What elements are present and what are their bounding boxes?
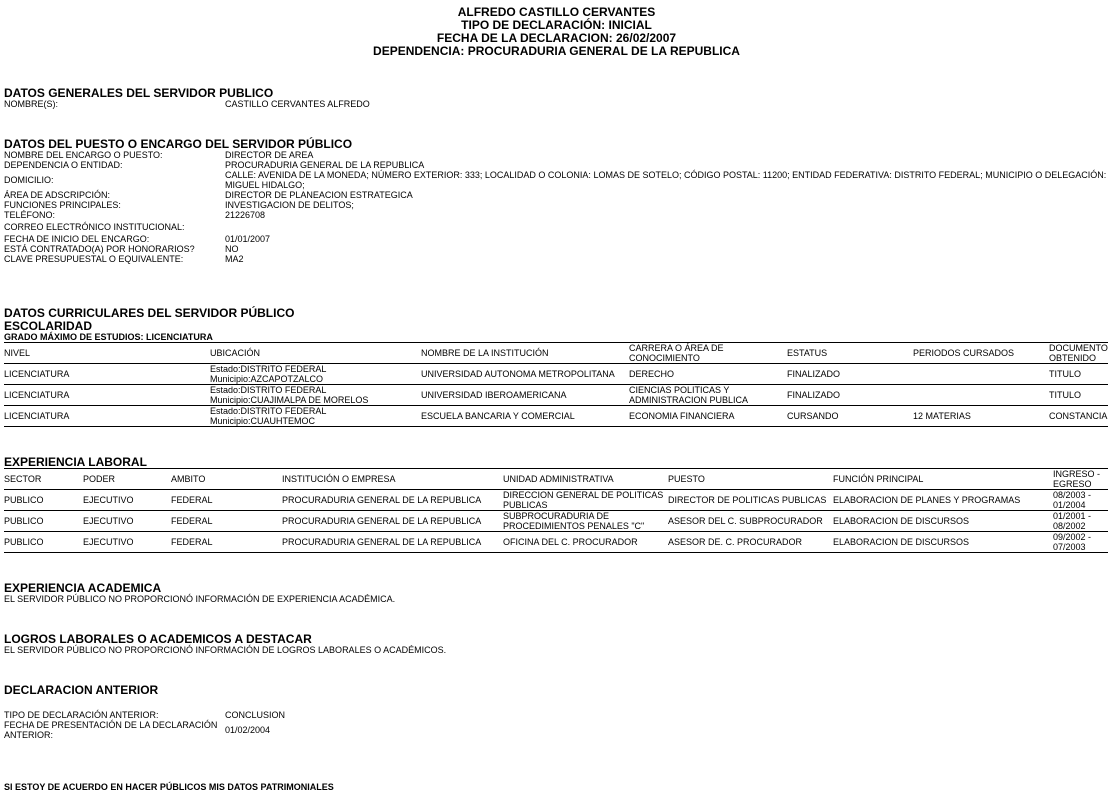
field-row: DEPENDENCIA O ENTIDAD: PROCURADURIA GENE… <box>4 160 1109 170</box>
field-row: ÁREA DE ADSCRIPCIÓN: DIRECTOR DE PLANEAC… <box>4 190 1109 200</box>
cell-ubicacion: Estado:DISTRITO FEDERAL Municipio:CUAUHT… <box>210 406 421 427</box>
cell-institucion: PROCURADURIA GENERAL DE LA REPUBLICA <box>282 532 503 553</box>
grado-maximo-estudios: GRADO MÁXIMO DE ESTUDIOS: LICENCIATURA <box>4 332 213 342</box>
cell-periodo: 08/2003 - 01/2004 <box>1053 490 1108 511</box>
field-label: FUNCIONES PRINCIPALES: <box>4 200 225 210</box>
cell-ubicacion: Estado:DISTRITO FEDERAL Municipio:CUAJIM… <box>210 385 421 406</box>
field-value: CASTILLO CERVANTES ALFREDO <box>225 99 1109 109</box>
cell-documento: CONSTANCIA <box>1049 406 1108 427</box>
column-header: NIVEL <box>4 343 210 364</box>
cell-funcion: ELABORACION DE PLANES Y PROGRAMAS <box>833 490 1053 511</box>
column-header: PUESTO <box>668 469 833 490</box>
column-header: ESTATUS <box>787 343 913 364</box>
section-title-logros: LOGROS LABORALES O ACADEMICOS A DESTACAR <box>4 633 312 645</box>
field-value: PROCURADURIA GENERAL DE LA REPUBLICA <box>225 160 1109 170</box>
table-row: LICENCIATURA Estado:DISTRITO FEDERAL Mun… <box>4 385 1108 406</box>
field-row: TELÉFONO: 21226708 <box>4 210 1109 220</box>
field-value: INVESTIGACION DE DELITOS; <box>225 200 1109 210</box>
ubicacion-municipio: Municipio:AZCAPOTZALCO <box>210 374 421 384</box>
cell-periodos <box>913 385 1049 406</box>
cell-unidad: DIRECCION GENERAL DE POLITICAS PUBLICAS <box>503 490 668 511</box>
field-label: CORREO ELECTRÓNICO INSTITUCIONAL: <box>4 222 225 232</box>
cell-estatus: CURSANDO <box>787 406 913 427</box>
field-label: FECHA DE INICIO DEL ENCARGO: <box>4 234 225 244</box>
cell-ambito: FEDERAL <box>171 490 282 511</box>
section-title-datos-puesto: DATOS DEL PUESTO O ENCARGO DEL SERVIDOR … <box>4 138 352 150</box>
declaracion-anterior-fields: TIPO DE DECLARACIÓN ANTERIOR: CONCLUSION… <box>4 710 1109 740</box>
cell-ambito: FEDERAL <box>171 511 282 532</box>
cell-periodos <box>913 364 1049 385</box>
field-label: ÁREA DE ADSCRIPCIÓN: <box>4 190 225 200</box>
section-title-escolaridad: ESCOLARIDAD <box>4 320 92 332</box>
field-label: TELÉFONO: <box>4 210 225 220</box>
document-header: ALFREDO CASTILLO CERVANTES TIPO DE DECLA… <box>0 6 1113 58</box>
public-data-consent: SI ESTOY DE ACUERDO EN HACER PÚBLICOS MI… <box>4 782 334 792</box>
field-value: DIRECTOR DE PLANEACION ESTRATEGICA <box>225 190 1109 200</box>
cell-periodos: 12 MATERIAS <box>913 406 1049 427</box>
ubicacion-estado: Estado:DISTRITO FEDERAL <box>210 364 421 374</box>
section-title-experiencia-laboral: EXPERIENCIA LABORAL <box>4 456 147 468</box>
experiencia-academica-text: EL SERVIDOR PÚBLICO NO PROPORCIONÓ INFOR… <box>4 594 395 604</box>
field-row: DOMICILIO: CALLE: AVENIDA DE LA MONEDA; … <box>4 170 1109 190</box>
field-label: NOMBRE DEL ENCARGO O PUESTO: <box>4 150 225 160</box>
field-value: 01/01/2007 <box>225 234 1109 244</box>
datos-puesto-fields: NOMBRE DEL ENCARGO O PUESTO: DIRECTOR DE… <box>4 150 1109 264</box>
cell-unidad: SUBPROCURADURIA DE PROCEDIMIENTOS PENALE… <box>503 511 668 532</box>
field-row: ESTÁ CONTRATADO(A) POR HONORARIOS? NO <box>4 244 1109 254</box>
field-row: FUNCIONES PRINCIPALES: INVESTIGACION DE … <box>4 200 1109 210</box>
ubicacion-municipio: Municipio:CUAJIMALPA DE MORELOS <box>210 395 421 405</box>
cell-documento: TITULO <box>1049 385 1108 406</box>
table-row: PUBLICO EJECUTIVO FEDERAL PROCURADURIA G… <box>4 490 1108 511</box>
cell-periodo: 09/2002 - 07/2003 <box>1053 532 1108 553</box>
cell-estatus: FINALIZADO <box>787 364 913 385</box>
cell-poder: EJECUTIVO <box>83 511 171 532</box>
cell-documento: TITULO <box>1049 364 1108 385</box>
table-row: PUBLICO EJECUTIVO FEDERAL PROCURADURIA G… <box>4 532 1108 553</box>
field-label: NOMBRE(S): <box>4 99 225 109</box>
ubicacion-estado: Estado:DISTRITO FEDERAL <box>210 406 421 416</box>
cell-poder: EJECUTIVO <box>83 532 171 553</box>
ubicacion-municipio: Municipio:CUAUHTEMOC <box>210 416 421 426</box>
escolaridad-table: NIVEL UBICACIÓN NOMBRE DE LA INSTITUCIÓN… <box>4 342 1108 427</box>
field-label: ESTÁ CONTRATADO(A) POR HONORARIOS? <box>4 244 225 254</box>
field-row: CLAVE PRESUPUESTAL O EQUIVALENTE: MA2 <box>4 254 1109 264</box>
column-header: UNIDAD ADMINISTRATIVA <box>503 469 668 490</box>
cell-institucion: UNIVERSIDAD AUTONOMA METROPOLITANA <box>421 364 629 385</box>
cell-funcion: ELABORACION DE DISCURSOS <box>833 532 1053 553</box>
field-value: 21226708 <box>225 210 1109 220</box>
logros-text: EL SERVIDOR PÚBLICO NO PROPORCIONÓ INFOR… <box>4 645 446 655</box>
table-header-row: SECTOR PODER AMBITO INSTITUCIÓN O EMPRES… <box>4 469 1108 490</box>
cell-carrera: ECONOMIA FINANCIERA <box>629 406 787 427</box>
field-label: FECHA DE PRESENTACIÓN DE LA DECLARACIÓN … <box>4 720 225 740</box>
cell-nivel: LICENCIATURA <box>4 385 210 406</box>
column-header: INSTITUCIÓN O EMPRESA <box>282 469 503 490</box>
field-value: CONCLUSION <box>225 710 1109 720</box>
table-row: LICENCIATURA Estado:DISTRITO FEDERAL Mun… <box>4 406 1108 427</box>
cell-puesto: DIRECTOR DE POLITICAS PUBLICAS <box>668 490 833 511</box>
cell-nivel: LICENCIATURA <box>4 406 210 427</box>
cell-ambito: FEDERAL <box>171 532 282 553</box>
cell-puesto: ASESOR DE. C. PROCURADOR <box>668 532 833 553</box>
field-value: MA2 <box>225 254 1109 264</box>
field-label: CLAVE PRESUPUESTAL O EQUIVALENTE: <box>4 254 225 264</box>
field-row: CORREO ELECTRÓNICO INSTITUCIONAL: <box>4 221 1109 233</box>
field-value: DIRECTOR DE AREA <box>225 150 1109 160</box>
cell-institucion: UNIVERSIDAD IBEROAMERICANA <box>421 385 629 406</box>
ubicacion-estado: Estado:DISTRITO FEDERAL <box>210 385 421 395</box>
table-row: PUBLICO EJECUTIVO FEDERAL PROCURADURIA G… <box>4 511 1108 532</box>
field-value: 01/02/2004 <box>225 725 1109 735</box>
field-row: TIPO DE DECLARACIÓN ANTERIOR: CONCLUSION <box>4 710 1109 720</box>
field-value: NO <box>225 244 1109 254</box>
field-row: FECHA DE PRESENTACIÓN DE LA DECLARACIÓN … <box>4 720 1109 740</box>
field-row: NOMBRE DEL ENCARGO O PUESTO: DIRECTOR DE… <box>4 150 1109 160</box>
cell-nivel: LICENCIATURA <box>4 364 210 385</box>
column-header: UBICACIÓN <box>210 343 421 364</box>
field-label: DOMICILIO: <box>4 175 225 185</box>
column-header: DOCUMENTO OBTENIDO <box>1049 343 1108 364</box>
column-header: PERIODOS CURSADOS <box>913 343 1049 364</box>
cell-unidad: OFICINA DEL C. PROCURADOR <box>503 532 668 553</box>
cell-estatus: FINALIZADO <box>787 385 913 406</box>
section-title-experiencia-academica: EXPERIENCIA ACADEMICA <box>4 582 161 594</box>
experiencia-laboral-table: SECTOR PODER AMBITO INSTITUCIÓN O EMPRES… <box>4 468 1108 553</box>
cell-poder: EJECUTIVO <box>83 490 171 511</box>
cell-ubicacion: Estado:DISTRITO FEDERAL Municipio:AZCAPO… <box>210 364 421 385</box>
column-header: SECTOR <box>4 469 83 490</box>
cell-carrera: DERECHO <box>629 364 787 385</box>
table-row: LICENCIATURA Estado:DISTRITO FEDERAL Mun… <box>4 364 1108 385</box>
field-label: DEPENDENCIA O ENTIDAD: <box>4 160 225 170</box>
cell-sector: PUBLICO <box>4 532 83 553</box>
field-value: CALLE: AVENIDA DE LA MONEDA; NÚMERO EXTE… <box>225 170 1109 190</box>
cell-institucion: PROCURADURIA GENERAL DE LA REPUBLICA <box>282 511 503 532</box>
cell-sector: PUBLICO <box>4 490 83 511</box>
cell-carrera: CIENCIAS POLITICAS Y ADMINISTRACION PUBL… <box>629 385 787 406</box>
cell-puesto: ASESOR DEL C. SUBPROCURADOR <box>668 511 833 532</box>
column-header: INGRESO - EGRESO <box>1053 469 1108 490</box>
declaration-dependency: DEPENDENCIA: PROCURADURIA GENERAL DE LA … <box>0 45 1113 58</box>
cell-periodo: 01/2001 - 08/2002 <box>1053 511 1108 532</box>
column-header: CARRERA O ÁREA DE CONOCIMIENTO <box>629 343 787 364</box>
field-row: FECHA DE INICIO DEL ENCARGO: 01/01/2007 <box>4 234 1109 244</box>
column-header: AMBITO <box>171 469 282 490</box>
table-header-row: NIVEL UBICACIÓN NOMBRE DE LA INSTITUCIÓN… <box>4 343 1108 364</box>
section-title-datos-generales: DATOS GENERALES DEL SERVIDOR PUBLICO <box>4 87 273 99</box>
cell-funcion: ELABORACION DE DISCURSOS <box>833 511 1053 532</box>
cell-institucion: PROCURADURIA GENERAL DE LA REPUBLICA <box>282 490 503 511</box>
column-header: PODER <box>83 469 171 490</box>
column-header: NOMBRE DE LA INSTITUCIÓN <box>421 343 629 364</box>
datos-generales-fields: NOMBRE(S): CASTILLO CERVANTES ALFREDO <box>4 99 1109 109</box>
field-label: TIPO DE DECLARACIÓN ANTERIOR: <box>4 710 225 720</box>
cell-sector: PUBLICO <box>4 511 83 532</box>
section-title-datos-curriculares: DATOS CURRICULARES DEL SERVIDOR PÚBLICO <box>4 307 294 319</box>
section-title-declaracion-anterior: DECLARACION ANTERIOR <box>4 684 158 696</box>
column-header: FUNCIÓN PRINCIPAL <box>833 469 1053 490</box>
field-row: NOMBRE(S): CASTILLO CERVANTES ALFREDO <box>4 99 1109 109</box>
cell-institucion: ESCUELA BANCARIA Y COMERCIAL <box>421 406 629 427</box>
